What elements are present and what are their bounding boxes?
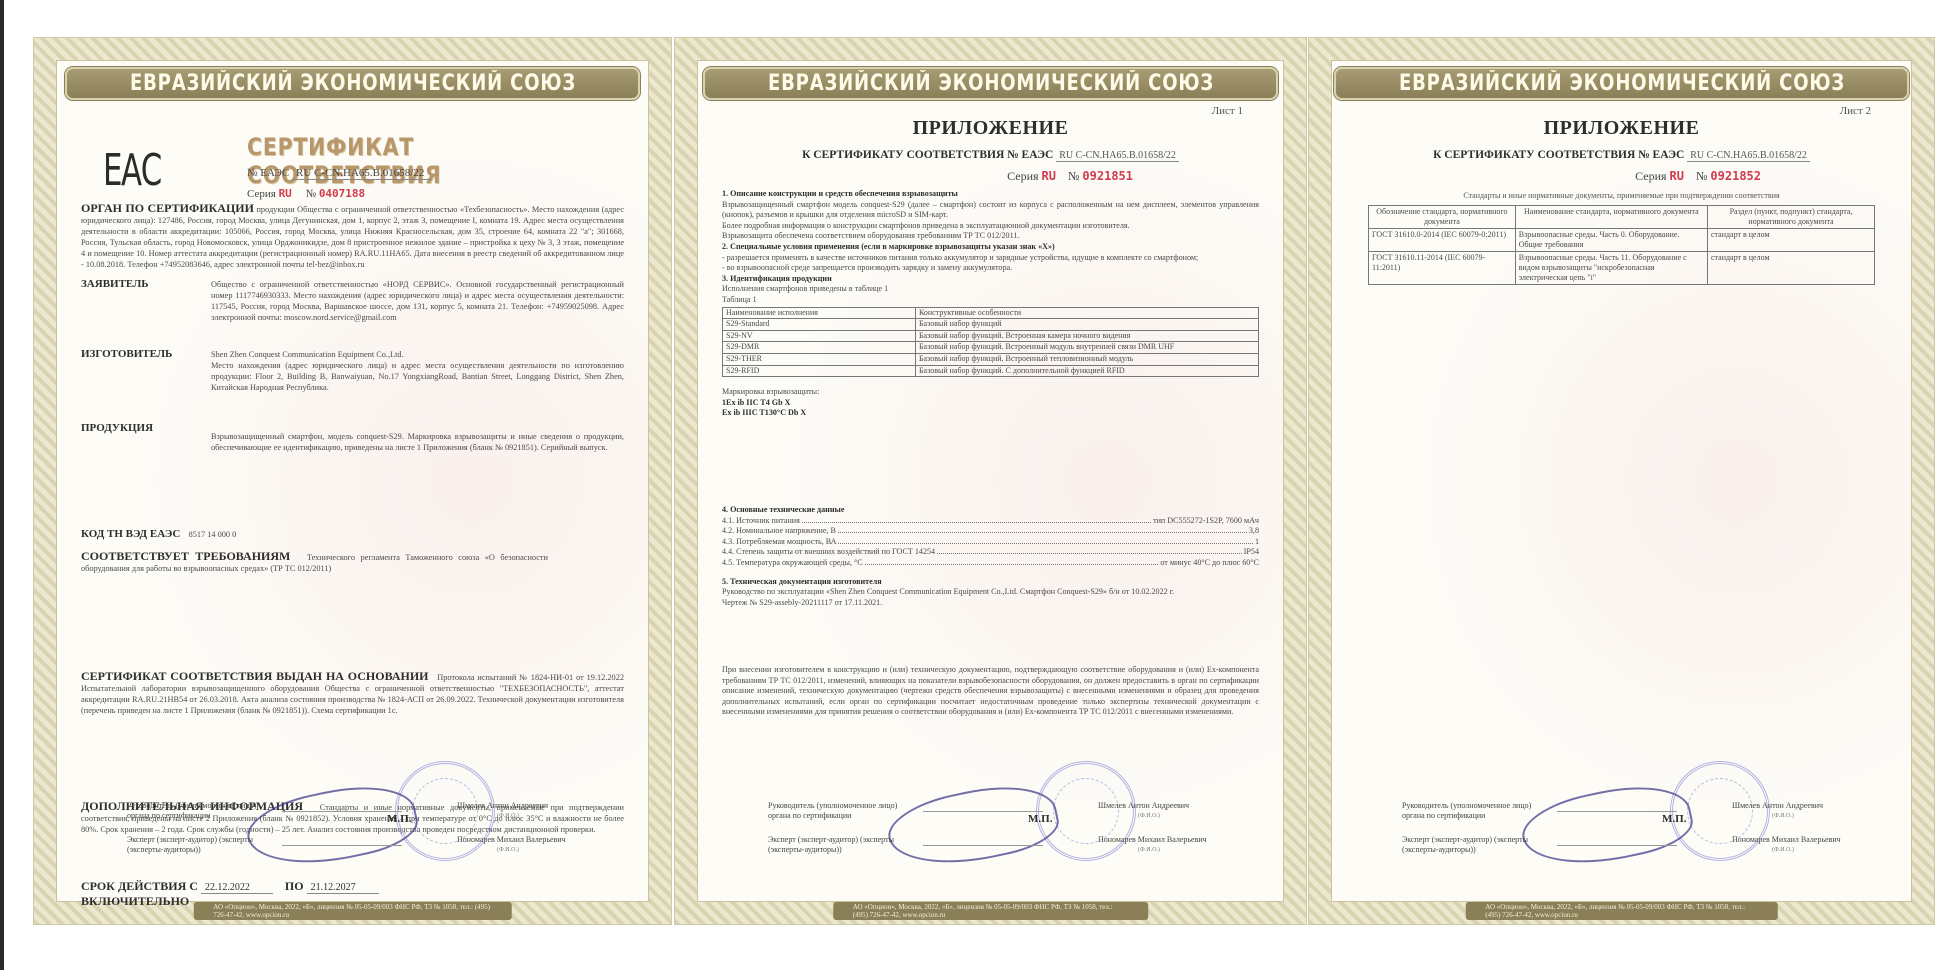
spec-list: 4.1. Источник питаниятип DC555272-1S2P, … [722,516,1259,569]
signature-scrawl [242,774,423,878]
table-cell: Базовый набор функций. Встроенный модуль… [915,342,1258,354]
spec-row: 4.3. Потребляемая мощность, ВА1 [722,537,1259,548]
spec-value: от минус 40°С до плюс 60°С [1160,558,1259,569]
signature-scrawl [883,774,1064,878]
signature-block: Руководитель (уполномоченное лицо) орган… [768,791,1263,871]
spec-key: 4.1. Источник питания [722,516,800,527]
table-cell: ГОСТ 31610.11-2014 (IEC 60079-11:2011) [1369,252,1516,285]
appendix-subtitle: К СЕРТИФИКАТУ СООТВЕТСТВИЯ № ЕАЭС RU C-C… [1332,149,1911,161]
table-cell: Взрывоопасные среды. Часть 0. Оборудован… [1515,229,1707,252]
table-cell: Взрывоопасные среды. Часть 11. Оборудова… [1515,252,1707,285]
eac-logo: ЕАС [103,145,161,196]
appendix-title: ПРИЛОЖЕНИЕ [1332,117,1911,140]
appendix-serial: Серия RU № 0921851 [1007,169,1133,184]
table-cell: Базовый набор функций. Встроенная камера… [915,330,1258,342]
section-conforms: СООТВЕТСТВУЕТ ТРЕБОВАНИЯМ Технического р… [81,551,548,574]
spec-row: 4.1. Источник питаниятип DC555272-1S2P, … [722,516,1259,527]
table-cell: S29-DMR [723,342,916,354]
table-cell: Базовый набор функций. Встроенный теплов… [915,353,1258,365]
table-header-cell: Обозначение стандарта, нормативного доку… [1369,206,1516,229]
section-tn-ved: КОД ТН ВЭД ЕАЭС 8517 14 000 0 [81,529,624,540]
section-design-description: 1. Описание конструкции и средств обеспе… [722,189,1259,419]
appendix-sheet-2: ЕВРАЗИЙСКИЙ ЭКОНОМИЧЕСКИЙ СОЮЗ Лист 2 ПР… [1308,37,1935,925]
standards-caption: Стандарты и иные нормативные документы, … [1356,191,1887,200]
dot-leader [838,526,1247,533]
table-cell: S29-RFID [723,365,916,377]
table-row: ГОСТ 31610.11-2014 (IEC 60079-11:2011)Вз… [1369,252,1875,285]
spec-key: 4.4. Степень защиты от внешних воздейств… [722,547,935,558]
section-product: ПРОДУКЦИЯ Взрывозащищенный смартфон, мод… [81,423,624,453]
section-basis: СЕРТИФИКАТ СООТВЕТСТВИЯ ВЫДАН НА ОСНОВАН… [81,671,624,716]
printer-footer: АО «Опцион», Москва, 2022, «Б», лицензия… [833,902,1149,920]
spec-value: 1 [1255,537,1259,548]
union-banner: ЕВРАЗИЙСКИЙ ЭКОНОМИЧЕСКИЙ СОЮЗ [65,67,641,100]
certificate-page: ЕВРАЗИЙСКИЙ ЭКОНОМИЧЕСКИЙ СОЮЗ ЕАС СЕРТИ… [33,37,672,925]
marking-2: Ex ib IIIC T130°C Db X [722,408,1259,419]
table-row: S29-RFIDБазовый набор функций. С дополни… [723,365,1259,377]
section-tech-data: 4. Основные технические данные 4.1. Исто… [722,505,1259,608]
appendix-subtitle: К СЕРТИФИКАТУ СООТВЕТСТВИЯ № ЕАЭС RU C-C… [698,149,1283,161]
spec-key: 4.3. Потребляемая мощность, ВА [722,537,836,548]
viewer-left-edge [0,0,4,970]
versions-table: Наименование исполненияКонструктивные ос… [722,307,1259,378]
signature-block: Руководитель (уполномоченное лицо) орган… [127,791,628,871]
certificate-series-line: Серия RU № 0407188 [247,187,365,200]
table-header-row: Наименование исполненияКонструктивные ос… [723,307,1259,319]
blank-number: 0407188 [319,187,365,200]
head-name: Шмелев Антон Андреевич(Ф.И.О.) [457,801,548,821]
standards-table: Обозначение стандарта, нормативного доку… [1368,205,1875,285]
section-certification-body: ОРГАН ПО СЕРТИФИКАЦИИ продукции Общества… [81,203,624,270]
certificate-number-line: № ЕАЭС RU C-CN.НА65.В.01658/22 [247,167,432,180]
section-modification-note: При внесении изготовителем в конструкцию… [722,665,1259,718]
signature-scrawl [1517,774,1698,878]
section-manufacturer: ИЗГОТОВИТЕЛЬ Shen Zhen Conquest Communic… [81,349,624,393]
spec-row: 4.4. Степень защиты от внешних воздейств… [722,547,1259,558]
certificate-title: СЕРТИФИКАТ СООТВЕТСТВИЯ [247,133,588,189]
printer-footer: АО «Опцион», Москва, 2022, «Б», лицензия… [1465,902,1778,920]
union-banner: ЕВРАЗИЙСКИЙ ЭКОНОМИЧЕСКИЙ СОЮЗ [703,67,1279,100]
table-cell: стандарт в целом [1708,252,1875,285]
spec-row: 4.5. Температура окружающей среды, °Сот … [722,558,1259,569]
table-cell: Базовый набор функций. С дополнительной … [915,365,1258,377]
spec-key: 4.5. Температура окружающей среды, °С [722,558,863,569]
sheet-number: Лист 2 [1840,105,1871,117]
marking-1: 1Ex ib IIC T4 Gb X [722,398,1259,409]
table-row: ГОСТ 31610.0-2014 (IEC 60079-0:2011)Взры… [1369,229,1875,252]
dot-leader [937,547,1242,554]
table-cell: стандарт в целом [1708,229,1875,252]
table-row: S29-DMRБазовый набор функций. Встроенный… [723,342,1259,354]
valid-to: 21.12.2027 [307,882,379,894]
table-row: S29-THERБазовый набор функций. Встроенны… [723,353,1259,365]
signature-block: Руководитель (уполномоченное лицо) орган… [1402,791,1891,871]
table-cell: ГОСТ 31610.0-2014 (IEC 60079-0:2011) [1369,229,1516,252]
spec-value: IP54 [1244,547,1259,558]
table-header-cell: Конструктивные особенности [915,307,1258,319]
appendix-serial: Серия RU № 0921852 [1635,169,1761,184]
table-cell: S29-NV [723,330,916,342]
table-cell: S29-Standard [723,319,916,331]
valid-from: 22.12.2022 [201,882,273,894]
series-code: RU [279,187,292,200]
spec-value: тип DC555272-1S2P, 7600 мАч [1153,516,1259,527]
certificate-number: RU C-CN.НА65.В.01658/22 [292,167,432,180]
table-header-cell: Раздел (пункт, подпункт) стандарта, норм… [1708,206,1875,229]
table-cell: Базовый набор функций [915,319,1258,331]
dot-leader [838,537,1252,544]
appendix-sheet-1: ЕВРАЗИЙСКИЙ ЭКОНОМИЧЕСКИЙ СОЮЗ Лист 1 ПР… [674,37,1307,925]
table-row: S29-NVБазовый набор функций. Встроенная … [723,330,1259,342]
union-banner: ЕВРАЗИЙСКИЙ ЭКОНОМИЧЕСКИЙ СОЮЗ [1334,67,1910,100]
certificate-inner: ЕВРАЗИЙСКИЙ ЭКОНОМИЧЕСКИЙ СОЮЗ ЕАС СЕРТИ… [56,60,649,902]
appendix-title: ПРИЛОЖЕНИЕ [698,117,1283,140]
table-header-cell: Наименование исполнения [723,307,916,319]
expert-name: Пономарев Михаил Валерьевич(Ф.И.О.) [457,835,566,855]
table-header-cell: Наименование стандарта, нормативного док… [1515,206,1707,229]
spec-value: 3,8 [1249,526,1259,537]
table-row: S29-StandardБазовый набор функций [723,319,1259,331]
spec-row: 4.2. Номинальное напряжение, В3,8 [722,526,1259,537]
spec-key: 4.2. Номинальное напряжение, В [722,526,836,537]
dot-leader [865,558,1159,565]
section-applicant: ЗАЯВИТЕЛЬ Общество с ограниченной ответс… [81,279,624,323]
dot-leader [802,516,1151,523]
sheet-number: Лист 1 [1212,105,1243,117]
table-cell: S29-THER [723,353,916,365]
printer-footer: АО «Опцион», Москва, 2022, «Б», лицензия… [193,902,512,920]
seal-label: М.П. [387,813,411,825]
